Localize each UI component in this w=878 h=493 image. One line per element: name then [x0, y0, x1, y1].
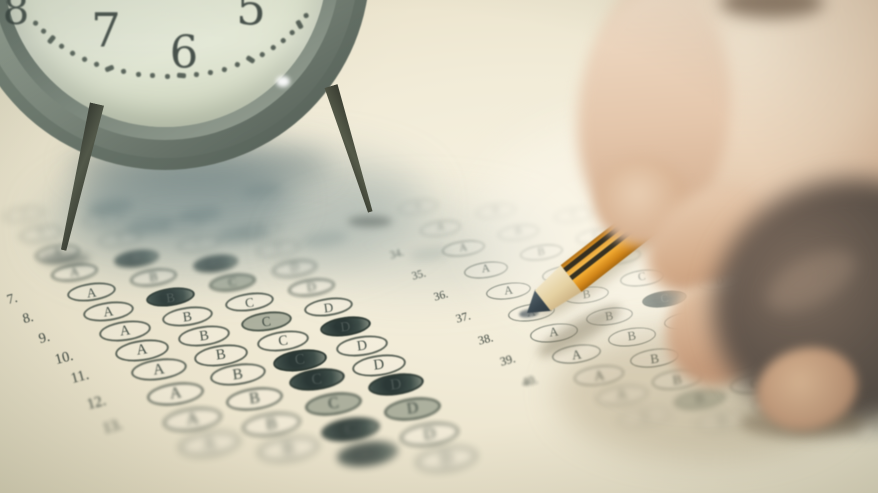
clock-numeral: 5: [236, 0, 266, 33]
glass-glint: [276, 76, 290, 87]
photo-scene-exam-sheet: ABCDABCDABCDABCD7.ABCD8.ABCD9.ABCD10.ABC…: [0, 0, 878, 493]
clock-numeral: 8: [3, 0, 30, 31]
clock-numeral: 6: [170, 30, 199, 75]
clock-numeral: 7: [91, 8, 121, 55]
